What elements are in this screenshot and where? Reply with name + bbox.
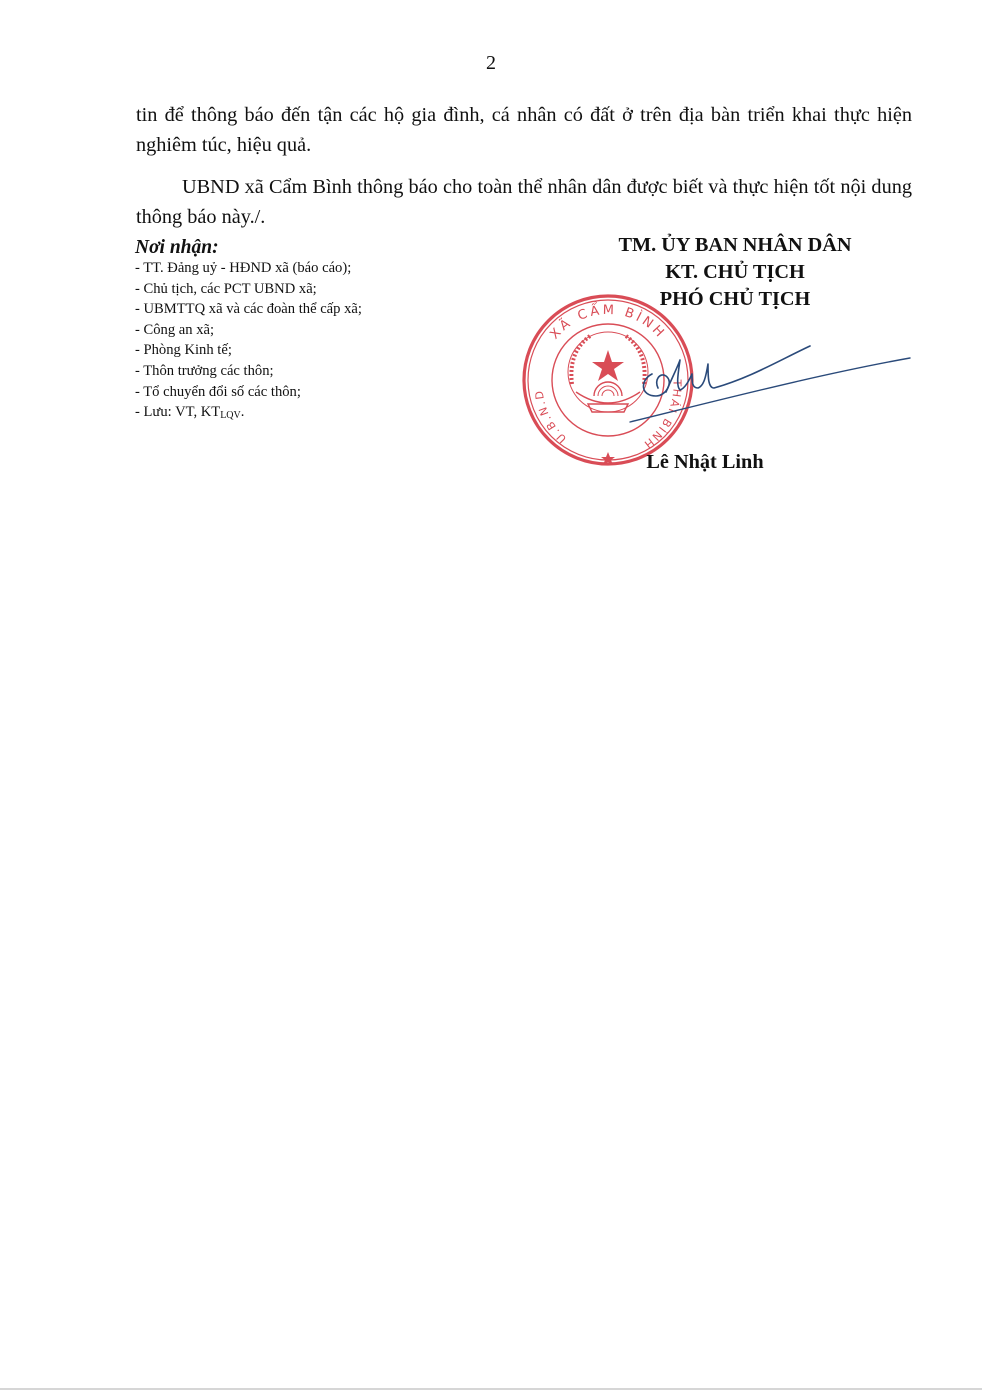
body-paragraph-continuation: tin để thông báo đến tận các hộ gia đình… bbox=[136, 100, 912, 160]
handwritten-signature bbox=[600, 330, 920, 440]
signer-authority-line: KT. CHỦ TỊCH bbox=[530, 259, 940, 286]
signer-org-line: TM. ỦY BAN NHÂN DÂN bbox=[530, 232, 940, 259]
recipient-item: - Công an xã; bbox=[135, 320, 362, 341]
recipient-item: - Thôn trưởng các thôn; bbox=[135, 361, 362, 382]
recipients-block: Nơi nhận: - TT. Đảng uỷ - HĐND xã (báo c… bbox=[135, 236, 362, 427]
archive-subscript: LQV bbox=[220, 410, 241, 421]
recipient-archive: - Lưu: VT, KTLQV. bbox=[135, 402, 362, 427]
archive-suffix: . bbox=[241, 404, 245, 420]
recipients-list: - TT. Đảng uỷ - HĐND xã (báo cáo); - Chủ… bbox=[135, 258, 362, 427]
body-paragraph-closing: UBND xã Cẩm Bình thông báo cho toàn thể … bbox=[136, 172, 912, 232]
recipients-title: Nơi nhận: bbox=[135, 236, 362, 260]
recipient-item: - Chủ tịch, các PCT UBND xã; bbox=[135, 279, 362, 300]
recipient-item: - Phòng Kinh tế; bbox=[135, 340, 362, 361]
recipient-item: - Tổ chuyển đổi số các thôn; bbox=[135, 382, 362, 403]
page-number: 2 bbox=[0, 50, 982, 76]
recipient-item: - UBMTTQ xã và các đoàn thể cấp xã; bbox=[135, 299, 362, 320]
recipient-item: - TT. Đảng uỷ - HĐND xã (báo cáo); bbox=[135, 258, 362, 279]
signer-name: Lê Nhật Linh bbox=[520, 449, 890, 475]
archive-text: - Lưu: VT, KT bbox=[135, 404, 220, 420]
svg-text:U.B.N.D: U.B.N.D bbox=[532, 388, 569, 445]
